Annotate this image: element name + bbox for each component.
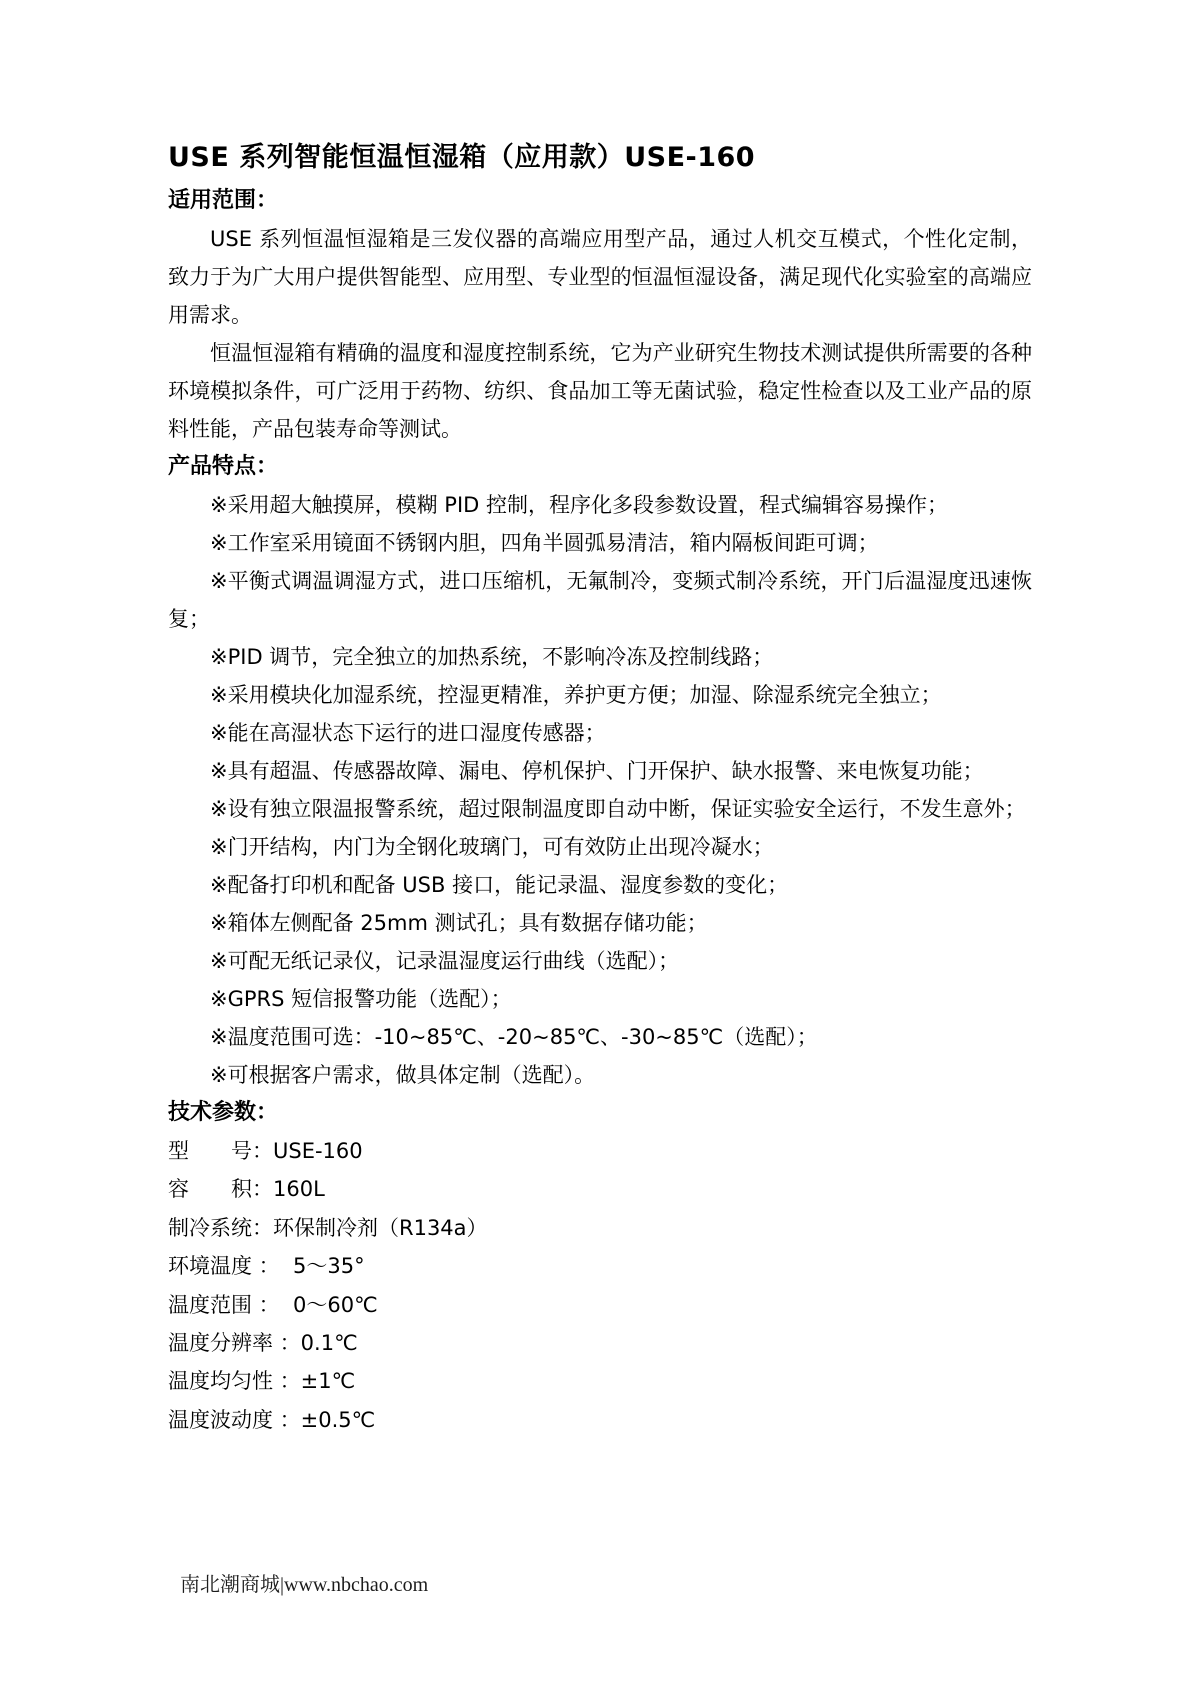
- spec-row: 制冷系统：环保制冷剂（R134a）: [168, 1209, 1032, 1247]
- feature-item: ※工作室采用镜面不锈钢内胆，四角半圆弧易清洁，箱内隔板间距可调；: [168, 524, 1032, 562]
- feature-marker: ※: [210, 797, 228, 821]
- feature-item: ※采用模块化加湿系统，控湿更精准，养护更方便；加湿、除湿系统完全独立；: [168, 676, 1032, 714]
- feature-marker: ※: [210, 1025, 228, 1049]
- feature-marker: ※: [210, 759, 228, 783]
- section-heading-scope: 适用范围：: [168, 182, 1032, 220]
- feature-item: ※PID 调节，完全独立的加热系统，不影响冷冻及控制线路；: [168, 638, 1032, 676]
- feature-marker: ※: [210, 721, 228, 745]
- spec-row: 温度均匀性 ：±1℃: [168, 1362, 1032, 1400]
- feature-marker: ※: [210, 911, 228, 935]
- document-content: USE 系列智能恒温恒湿箱（应用款）USE-160 适用范围： USE 系列恒温…: [168, 136, 1032, 1439]
- document-title: USE 系列智能恒温恒湿箱（应用款）USE-160: [168, 136, 1032, 180]
- spec-row: 温度分辨率 ：0.1℃: [168, 1324, 1032, 1362]
- scope-paragraph: USE 系列恒温恒湿箱是三发仪器的高端应用型产品，通过人机交互模式，个性化定制，…: [168, 220, 1032, 334]
- section-heading-specs: 技术参数：: [168, 1094, 1032, 1132]
- spec-row: 温度波动度 ：±0.5℃: [168, 1401, 1032, 1439]
- feature-marker: ※: [210, 1063, 228, 1087]
- feature-text: 配备打印机和配备 USB 接口，能记录温、湿度参数的变化；: [228, 873, 788, 897]
- document-page: USE 系列智能恒温恒湿箱（应用款）USE-160 适用范围： USE 系列恒温…: [0, 0, 1200, 1697]
- spec-row: 温度范围 ： 0～60℃: [168, 1286, 1032, 1324]
- feature-text: 采用超大触摸屏，模糊 PID 控制，程序化多段参数设置，程式编辑容易操作；: [228, 493, 948, 517]
- feature-marker: ※: [210, 873, 228, 897]
- feature-text: 门开结构，内门为全钢化玻璃门，可有效防止出现冷凝水；: [228, 835, 774, 859]
- footer-text: 南北潮商城|www.nbchao.com: [180, 1568, 428, 1597]
- feature-item: ※箱体左侧配备 25mm 测试孔；具有数据存储功能；: [168, 904, 1032, 942]
- feature-text: 具有超温、传感器故障、漏电、停机保护、门开保护、缺水报警、来电恢复功能；: [228, 759, 984, 783]
- spec-row: 容 积：160L: [168, 1170, 1032, 1208]
- feature-text: 温度范围可选：-10~85℃、-20~85℃、-30~85℃（选配）；: [228, 1025, 818, 1049]
- feature-marker: ※: [210, 987, 228, 1011]
- feature-text: 能在高湿状态下运行的进口湿度传感器；: [228, 721, 606, 745]
- feature-marker: ※: [210, 949, 228, 973]
- feature-text: 可配无纸记录仪，记录温湿度运行曲线（选配）；: [228, 949, 680, 973]
- feature-item: ※配备打印机和配备 USB 接口，能记录温、湿度参数的变化；: [168, 866, 1032, 904]
- feature-marker: ※: [210, 569, 228, 593]
- feature-item: ※平衡式调温调湿方式，进口压缩机，无氟制冷，变频式制冷系统，开门后温湿度迅速恢复…: [168, 562, 1032, 638]
- feature-item: ※设有独立限温报警系统，超过限制温度即自动中断，保证实验安全运行，不发生意外；: [168, 790, 1032, 828]
- feature-text: GPRS 短信报警功能（选配）；: [228, 987, 512, 1011]
- feature-item: ※采用超大触摸屏，模糊 PID 控制，程序化多段参数设置，程式编辑容易操作；: [168, 486, 1032, 524]
- scope-paragraph: 恒温恒湿箱有精确的温度和湿度控制系统，它为产业研究生物技术测试提供所需要的各种环…: [168, 334, 1032, 448]
- scope-paragraphs: USE 系列恒温恒湿箱是三发仪器的高端应用型产品，通过人机交互模式，个性化定制，…: [168, 220, 1032, 448]
- feature-marker: ※: [210, 531, 228, 555]
- feature-marker: ※: [210, 645, 228, 669]
- feature-text: 箱体左侧配备 25mm 测试孔；具有数据存储功能；: [228, 911, 708, 935]
- feature-marker: ※: [210, 493, 228, 517]
- feature-item: ※可配无纸记录仪，记录温湿度运行曲线（选配）；: [168, 942, 1032, 980]
- spec-row: 环境温度 ： 5～35°: [168, 1247, 1032, 1285]
- feature-item: ※可根据客户需求，做具体定制（选配）。: [168, 1056, 1032, 1094]
- feature-item: ※GPRS 短信报警功能（选配）；: [168, 980, 1032, 1018]
- section-heading-features: 产品特点：: [168, 448, 1032, 486]
- features-list: ※采用超大触摸屏，模糊 PID 控制，程序化多段参数设置，程式编辑容易操作； ※…: [168, 486, 1032, 1094]
- feature-marker: ※: [210, 835, 228, 859]
- feature-marker: ※: [210, 683, 228, 707]
- spec-row: 型 号：USE-160: [168, 1132, 1032, 1170]
- feature-item: ※门开结构，内门为全钢化玻璃门，可有效防止出现冷凝水；: [168, 828, 1032, 866]
- feature-item: ※温度范围可选：-10~85℃、-20~85℃、-30~85℃（选配）；: [168, 1018, 1032, 1056]
- feature-text: 平衡式调温调湿方式，进口压缩机，无氟制冷，变频式制冷系统，开门后温湿度迅速恢复；: [168, 569, 1032, 631]
- feature-text: 采用模块化加湿系统，控湿更精准，养护更方便；加湿、除湿系统完全独立；: [228, 683, 942, 707]
- feature-text: 设有独立限温报警系统，超过限制温度即自动中断，保证实验安全运行，不发生意外；: [228, 797, 1026, 821]
- feature-item: ※具有超温、传感器故障、漏电、停机保护、门开保护、缺水报警、来电恢复功能；: [168, 752, 1032, 790]
- feature-text: PID 调节，完全独立的加热系统，不影响冷冻及控制线路；: [228, 645, 774, 669]
- feature-text: 可根据客户需求，做具体定制（选配）。: [228, 1063, 596, 1087]
- feature-item: ※能在高湿状态下运行的进口湿度传感器；: [168, 714, 1032, 752]
- feature-text: 工作室采用镜面不锈钢内胆，四角半圆弧易清洁，箱内隔板间距可调；: [228, 531, 879, 555]
- specs-list: 型 号：USE-160 容 积：160L 制冷系统：环保制冷剂（R134a） 环…: [168, 1132, 1032, 1439]
